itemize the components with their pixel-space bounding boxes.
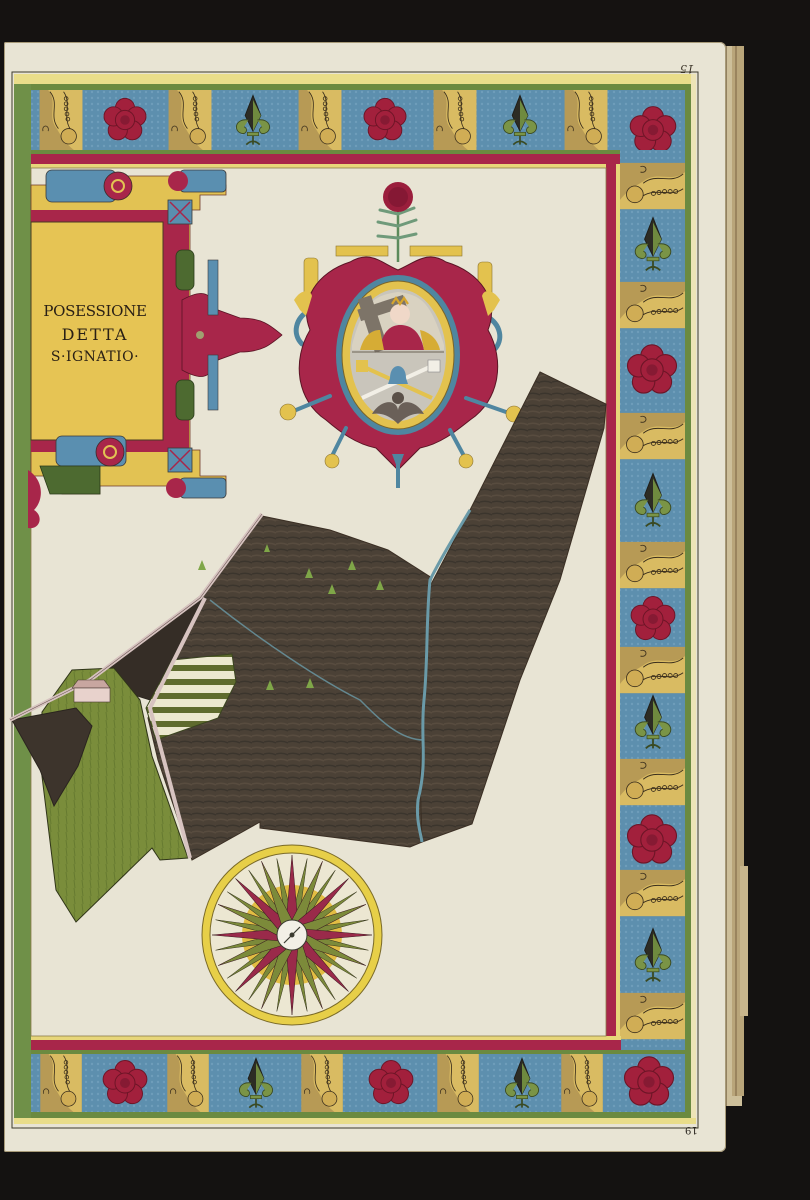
folio-number-bottom: 19: [685, 1124, 698, 1135]
crowned-saint-icon: [390, 304, 410, 324]
folio-number-top: 15: [680, 62, 694, 75]
compass-rose: [202, 845, 382, 1025]
map-illustration: [0, 0, 810, 1200]
farmhouse-icon: [72, 680, 110, 702]
heraldic-emblem: [280, 182, 522, 488]
cartouche-title: POSESSIONE DETTA S·IGNATIO·: [30, 300, 160, 369]
title-line-1: POSESSIONE: [30, 300, 160, 323]
title-line-3: S·IGNATIO·: [30, 346, 160, 369]
title-line-2: DETTA: [30, 323, 160, 346]
east-woodland-strip: [420, 372, 606, 842]
